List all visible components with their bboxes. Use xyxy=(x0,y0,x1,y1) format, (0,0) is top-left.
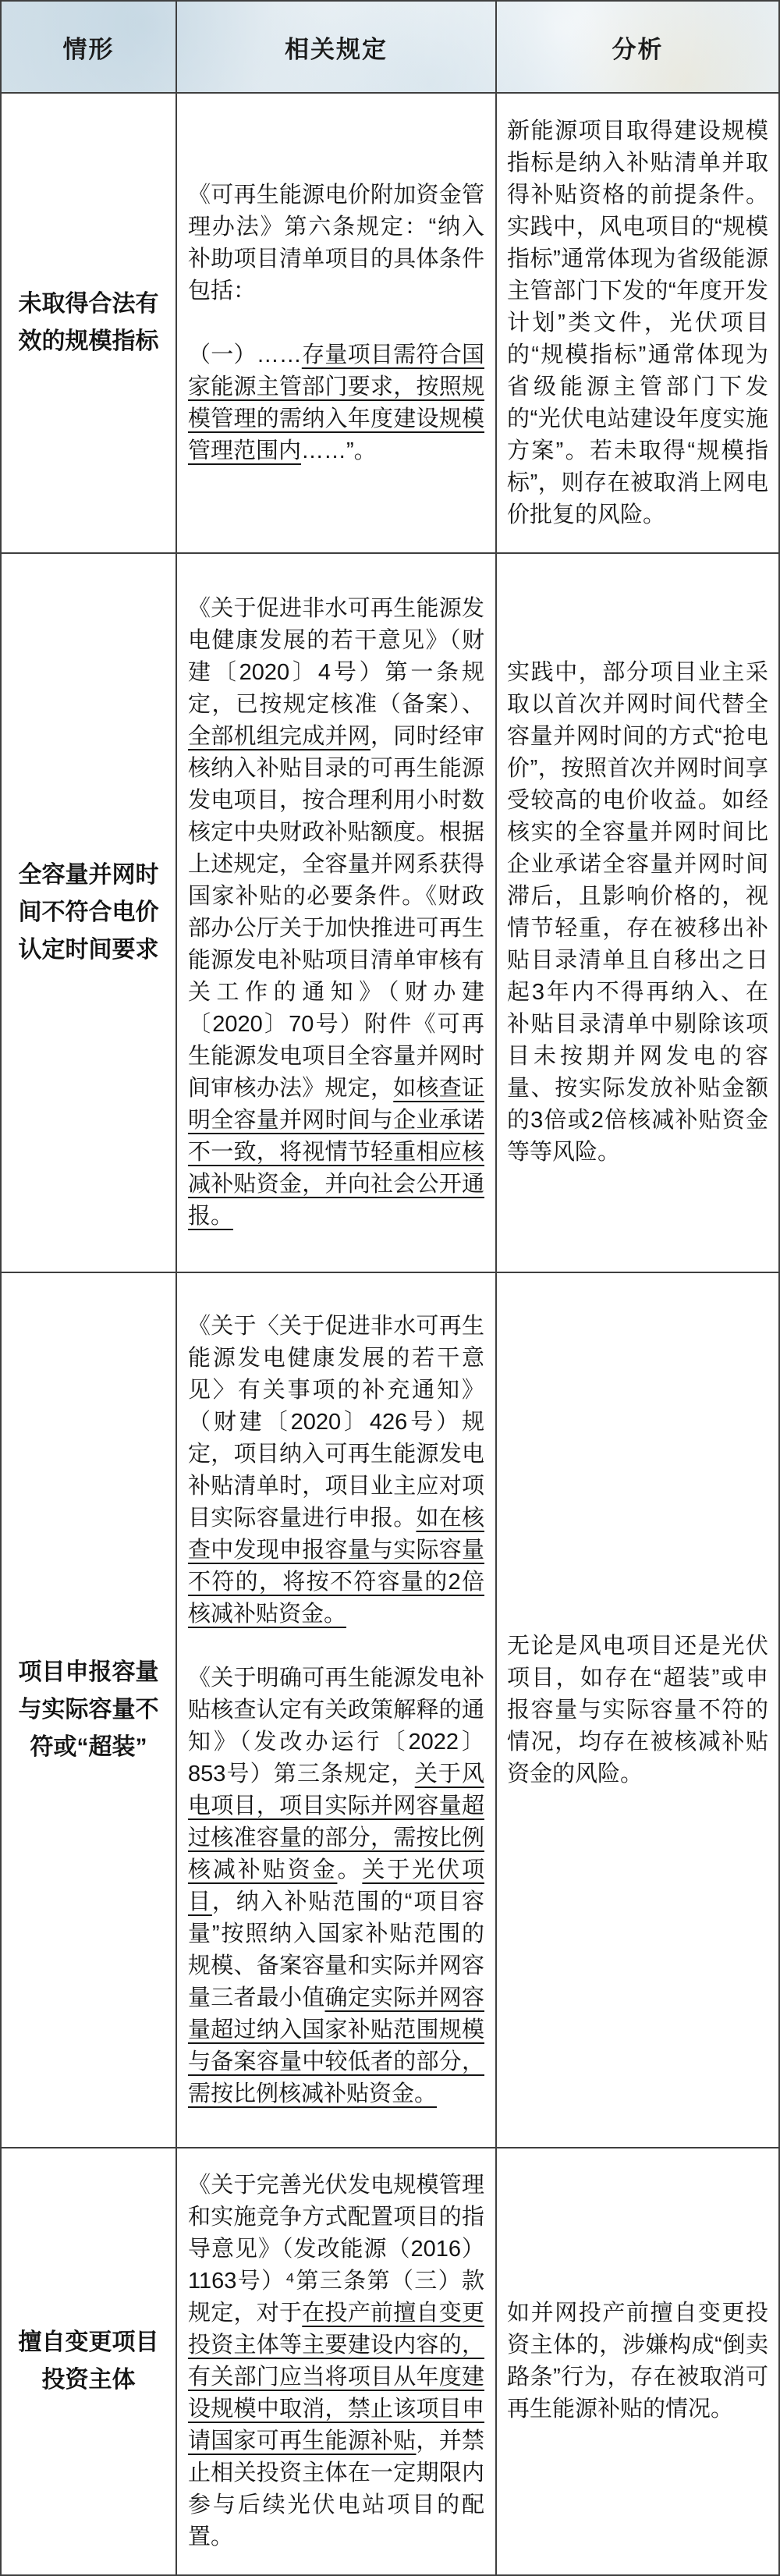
analysis-cell: 无论是风电项目还是光伏项目，如存在“超装”或申报容量与实际容量不符的情况，均存在… xyxy=(495,1273,778,2147)
regulation-cell: 《关于〈关于促进非水可再生能源发电健康发展的若干意见〉有关事项的补充通知》（财建… xyxy=(175,1273,495,2147)
table-row: 全容量并网时间不符合电价认定时间要求 《关于促进非水可再生能源发电健康发展的若干… xyxy=(2,552,778,1272)
header-analysis: 分析 xyxy=(495,2,778,92)
header-regulation: 相关规定 xyxy=(175,2,495,92)
regulation-cell: 《关于促进非水可再生能源发电健康发展的若干意见》（财建〔2020〕4号）第一条规… xyxy=(175,554,495,1272)
situation-cell: 擅自变更项目投资主体 xyxy=(2,2148,175,2574)
analysis-cell: 实践中，部分项目业主采取以首次并网时间代替全容量并网时间的方式“抢电价”，按照首… xyxy=(495,554,778,1272)
header-situation: 情形 xyxy=(2,2,175,92)
situation-cell: 全容量并网时间不符合电价认定时间要求 xyxy=(2,554,175,1272)
analysis-cell: 新能源项目取得建设规模指标是纳入补贴清单并取得补贴资格的前提条件。实践中，风电项… xyxy=(495,94,778,552)
table-row: 未取得合法有效的规模指标 《可再生能源电价附加资金管理办法》第六条规定：“纳入补… xyxy=(2,92,778,552)
regulation-cell: 《可再生能源电价附加资金管理办法》第六条规定：“纳入补助项目清单项目的具体条件包… xyxy=(175,94,495,552)
regulation-cell: 《关于完善光伏发电规模管理和实施竞争方式配置项目的指导意见》（发改能源（2016… xyxy=(175,2148,495,2574)
subsidy-risk-table: 情形 相关规定 分析 未取得合法有效的规模指标 《可再生能源电价附加资金管理办法… xyxy=(0,0,780,2576)
situation-cell: 项目申报容量与实际容量不符或“超装” xyxy=(2,1273,175,2147)
table-header-row: 情形 相关规定 分析 xyxy=(2,2,778,92)
table-row: 项目申报容量与实际容量不符或“超装” 《关于〈关于促进非水可再生能源发电健康发展… xyxy=(2,1272,778,2147)
situation-cell: 未取得合法有效的规模指标 xyxy=(2,94,175,552)
table-row: 擅自变更项目投资主体 《关于完善光伏发电规模管理和实施竞争方式配置项目的指导意见… xyxy=(2,2147,778,2574)
analysis-cell: 如并网投产前擅自变更投资主体的，涉嫌构成“倒卖路条”行为，存在被取消可再生能源补… xyxy=(495,2148,778,2574)
